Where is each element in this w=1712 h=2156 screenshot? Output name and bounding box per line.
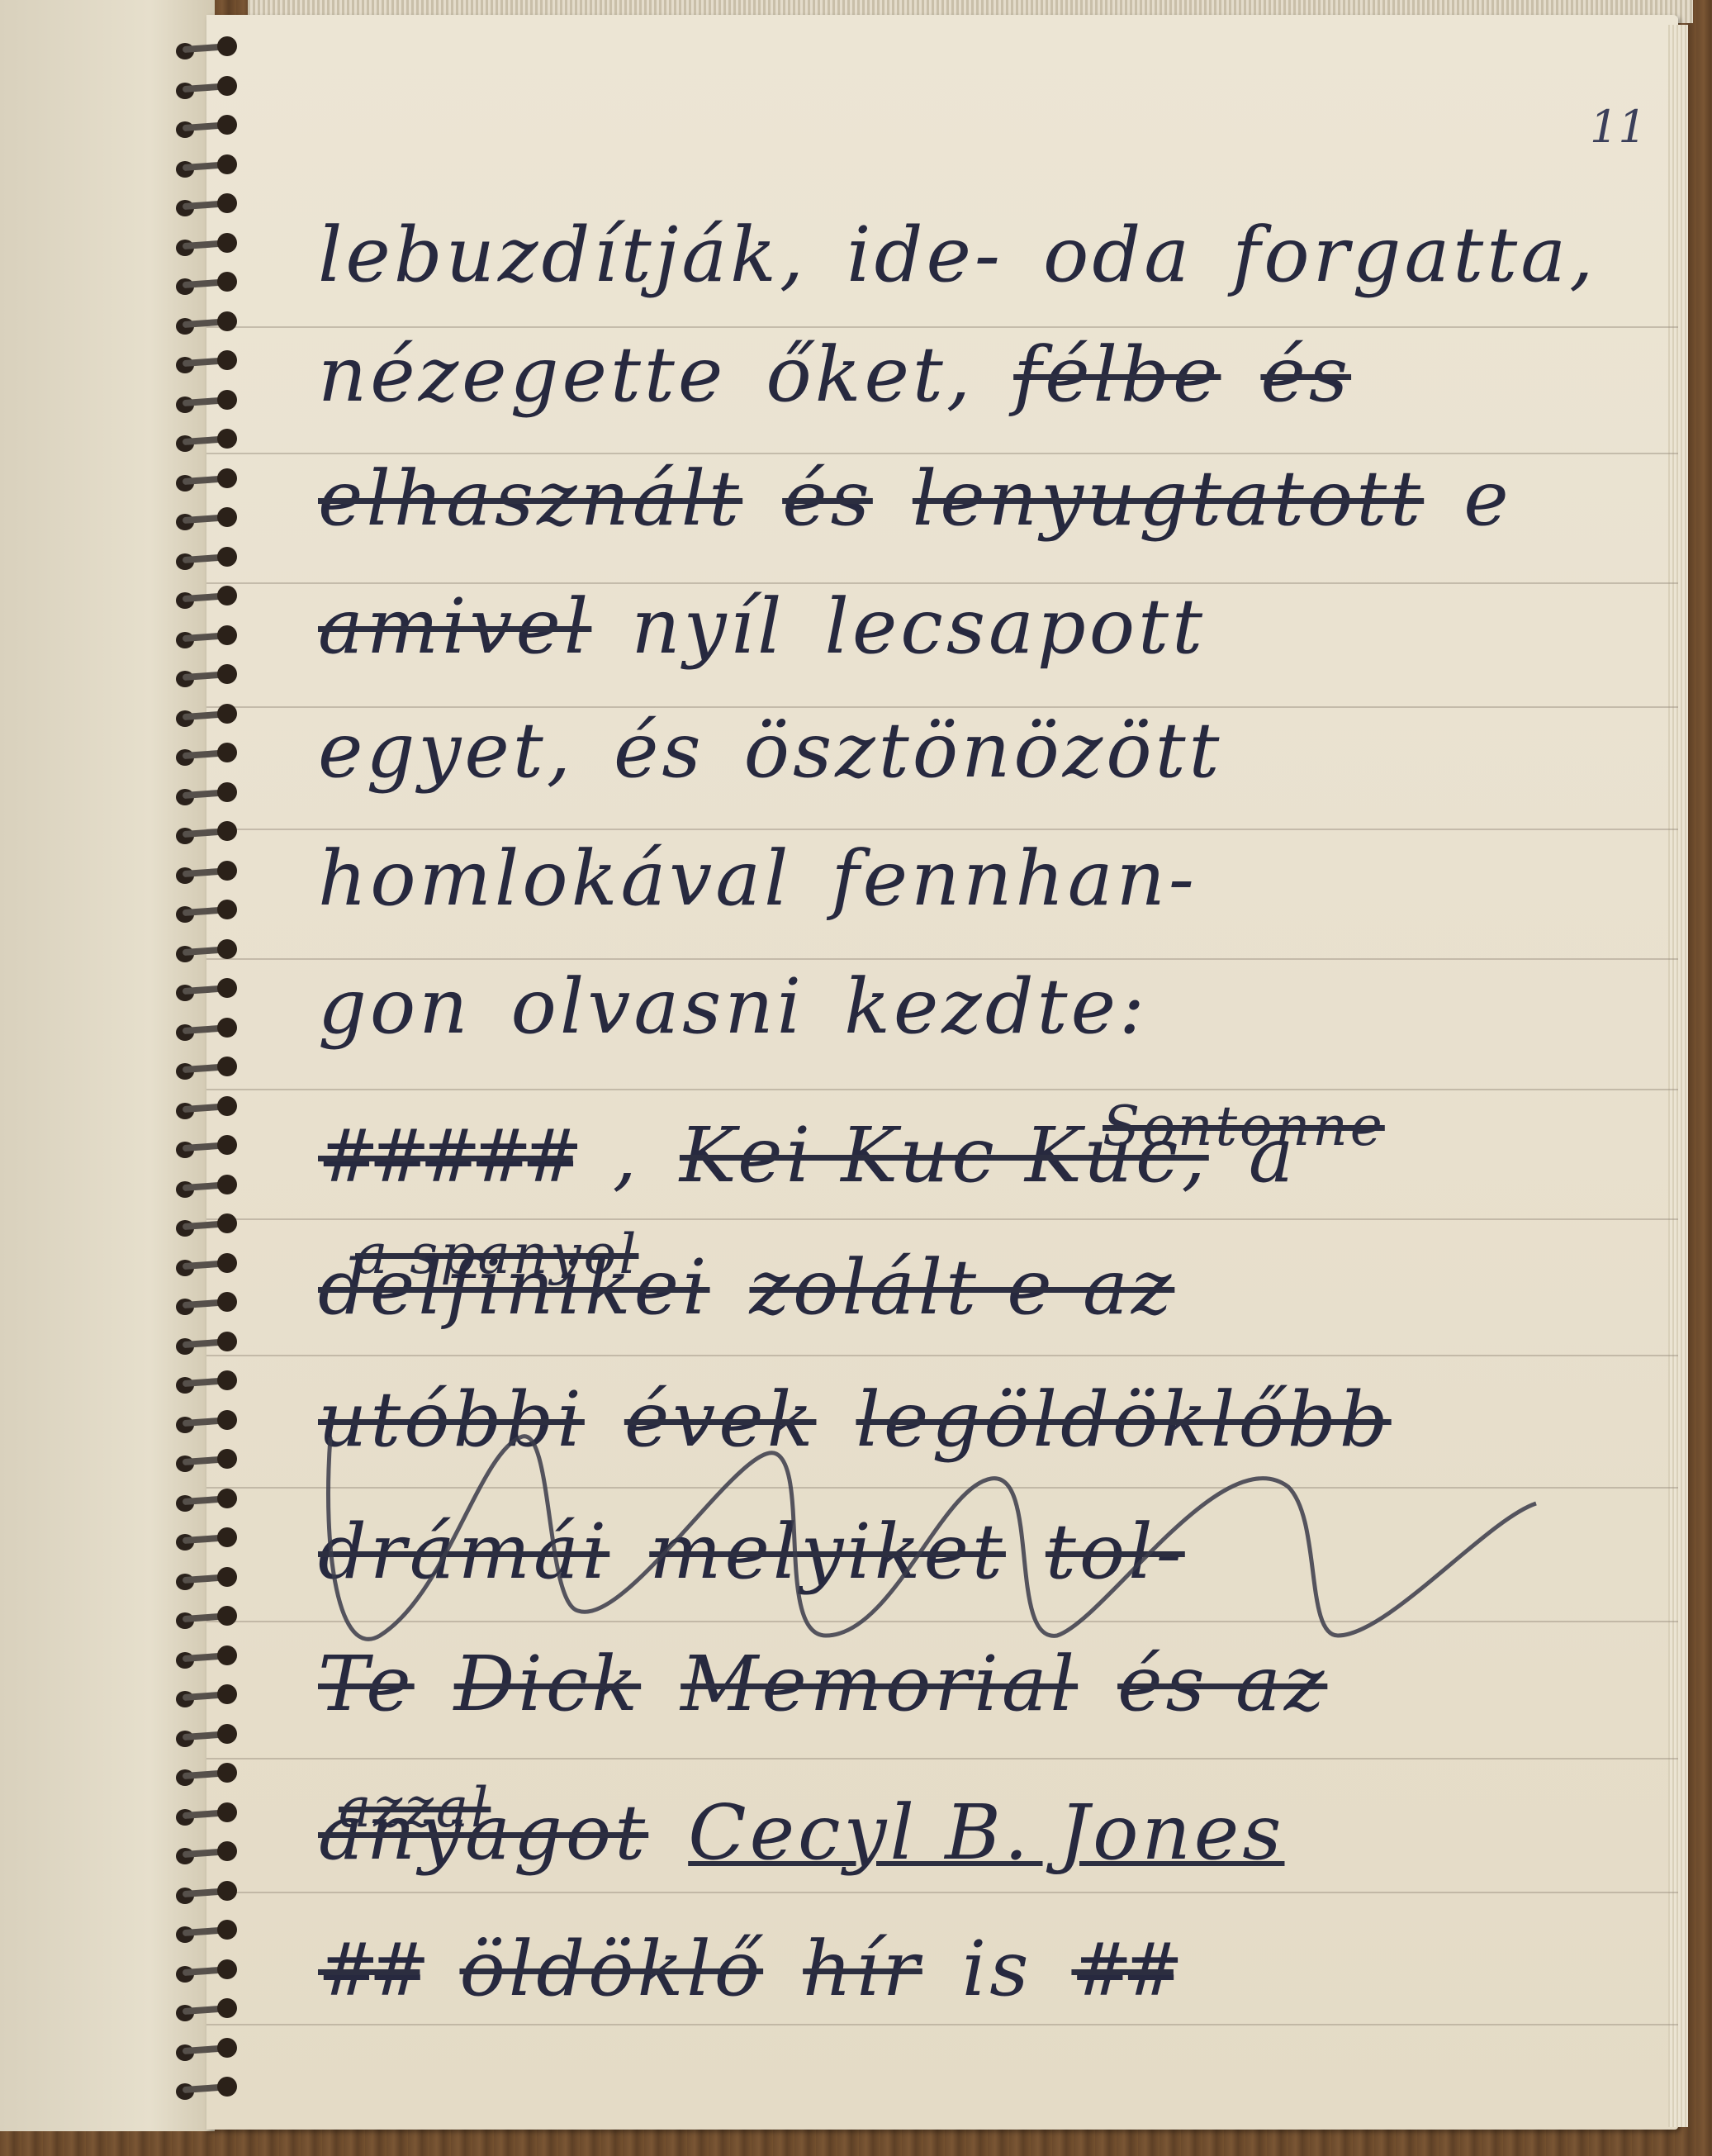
struck-word: Dick (454, 1640, 641, 1728)
word: nyíl (631, 582, 785, 671)
word: a (1249, 1111, 1297, 1199)
spiral-coil (169, 1289, 244, 1328)
spiral-coil (169, 779, 244, 819)
ruled-line (206, 1355, 1678, 1356)
ruled-line (206, 1487, 1678, 1489)
word: egyet, (318, 706, 574, 795)
spiral-coil (169, 1485, 244, 1525)
spiral-coil (169, 73, 244, 112)
spiral-coil (169, 936, 244, 976)
spiral-coil (169, 2035, 244, 2074)
spiral-coil (169, 975, 244, 1014)
ruled-line (206, 829, 1678, 830)
word: is (962, 1925, 1032, 2013)
ruled-line (206, 326, 1678, 328)
spiral-coil (169, 896, 244, 936)
spiral-coil (169, 33, 244, 73)
spiral-coil (169, 465, 244, 505)
word: ide- (847, 211, 1003, 299)
word: őket, (766, 330, 974, 419)
spiral-coil (169, 1132, 244, 1171)
spiral-coil (169, 1956, 244, 1996)
spiral-coil (169, 1878, 244, 1917)
handwritten-line: ##öldöklőhíris## (318, 1925, 1213, 2013)
spiral-coil (169, 1014, 244, 1054)
spiral-coil (169, 1721, 244, 1760)
spiral-binding (169, 33, 244, 2123)
spiral-coil (169, 700, 244, 740)
struck-word: drámái (318, 1508, 609, 1596)
word: forgatta, (1232, 211, 1596, 299)
handwritten-line: #####,Kei Kuc Kuc,a (318, 1111, 1337, 1199)
page-stack-right-edge (1668, 25, 1688, 2127)
struck-word: évek (624, 1375, 817, 1464)
spiral-coil (169, 622, 244, 662)
spiral-coil (169, 112, 244, 151)
ink-scribble: ## (318, 1927, 420, 2012)
ruled-line (206, 2024, 1678, 2025)
ink-scribble: ## (1071, 1927, 1173, 2012)
spiral-coil (169, 661, 244, 700)
word: Cecyl B. Jones (688, 1788, 1284, 1877)
struck-word: legöldöklőbb (856, 1375, 1391, 1464)
struck-word: amivel (318, 582, 591, 671)
ruled-line (206, 1218, 1678, 1220)
struck-word: félbe (1013, 330, 1221, 419)
spiral-coil (169, 1093, 244, 1133)
spiral-coil (169, 1759, 244, 1799)
spiral-coil (169, 1603, 244, 1642)
word: fennhan- (832, 834, 1197, 923)
word: lebuzdítják, (318, 211, 807, 299)
spiral-coil (169, 151, 244, 191)
spiral-coil (169, 1564, 244, 1603)
word: e (1463, 454, 1511, 543)
struck-word: elhasznált (318, 454, 742, 543)
struck-word: tol- (1046, 1508, 1185, 1596)
word: nézegette (318, 330, 726, 419)
spiral-coil (169, 1446, 244, 1485)
struck-word: melyiket (649, 1508, 1006, 1596)
struck-word: Memorial (681, 1640, 1078, 1728)
spiral-coil (169, 1642, 244, 1682)
spiral-coil (169, 347, 244, 387)
handwritten-line: amivelnyíllecsapott (318, 582, 1245, 671)
struck-word: és az (1117, 1640, 1327, 1728)
spiral-coil (169, 1407, 244, 1446)
handwritten-line: drámáimelyikettol- (318, 1508, 1225, 1596)
word: homlokával (318, 834, 792, 923)
struck-word: Te (318, 1640, 415, 1728)
word: kezdte: (844, 962, 1148, 1051)
handwritten-line: lebuzdítják,ide-odaforgatta, (318, 211, 1636, 299)
handwritten-line: gonolvasnikezdte: (318, 962, 1188, 1051)
word: gon (318, 962, 472, 1051)
spiral-coil (169, 1838, 244, 1878)
spiral-coil (169, 544, 244, 583)
spiral-coil (169, 1995, 244, 2035)
spiral-coil (169, 2073, 244, 2113)
spiral-coil (169, 387, 244, 426)
handwritten-line: homlokávalfennhan- (318, 834, 1237, 923)
page-number: 11 (1590, 101, 1647, 153)
ruled-line (206, 1089, 1678, 1090)
word: lecsapott (824, 582, 1206, 671)
ruled-line (206, 1621, 1678, 1622)
spiral-coil (169, 230, 244, 269)
spiral-coil (169, 425, 244, 465)
handwritten-line: utóbbiéveklegöldöklőbb (318, 1375, 1431, 1464)
struck-word: delfinikei (318, 1243, 710, 1332)
spiral-coil (169, 818, 244, 857)
word: oda (1043, 211, 1193, 299)
struck-word: anyagot (318, 1788, 648, 1877)
spiral-coil (169, 504, 244, 544)
spiral-coil (169, 582, 244, 622)
spiral-coil (169, 1681, 244, 1721)
spiral-coil (169, 857, 244, 897)
ruled-line (206, 1892, 1678, 1893)
struck-word: zolált e az (750, 1243, 1175, 1332)
handwritten-line: delfinikeizolált e az (318, 1243, 1214, 1332)
spiral-coil (169, 1171, 244, 1211)
spiral-coil (169, 308, 244, 348)
ruled-line (206, 958, 1678, 960)
struck-word: és (1260, 330, 1351, 419)
spiral-coil (169, 1367, 244, 1407)
struck-word: öldöklő (459, 1925, 763, 2013)
word: és (614, 706, 704, 795)
struck-word: és (782, 454, 873, 543)
struck-word: lenyugtatott (913, 454, 1424, 543)
word: ösztönözött (744, 706, 1223, 795)
spiral-coil (169, 739, 244, 779)
spiral-coil (169, 1250, 244, 1289)
spiral-coil (169, 1053, 244, 1093)
spiral-coil (169, 1328, 244, 1368)
spiral-coil (169, 1524, 244, 1564)
spiral-coil (169, 190, 244, 230)
spiral-coil (169, 1210, 244, 1250)
ruled-line (206, 1758, 1678, 1759)
spiral-coil (169, 1799, 244, 1839)
word: , (613, 1111, 640, 1199)
handwritten-line: nézegetteőket,félbeés (318, 330, 1391, 419)
struck-word: utóbbi (318, 1375, 585, 1464)
handwritten-line: anyagotCecyl B. Jones (318, 1788, 1324, 1877)
handwritten-line: egyet,ésösztönözött (318, 706, 1263, 795)
handwritten-line: TeDickMemorialés az (318, 1640, 1367, 1728)
word: olvasni (511, 962, 805, 1051)
ink-scribble: ##### (318, 1114, 573, 1199)
spiral-coil (169, 268, 244, 308)
spiral-coil (169, 1916, 244, 1956)
struck-word: Kei Kuc Kuc, (680, 1111, 1209, 1199)
struck-word: hír (803, 1925, 922, 2013)
handwritten-line: elhasználtéslenyugtatotte (318, 454, 1552, 543)
